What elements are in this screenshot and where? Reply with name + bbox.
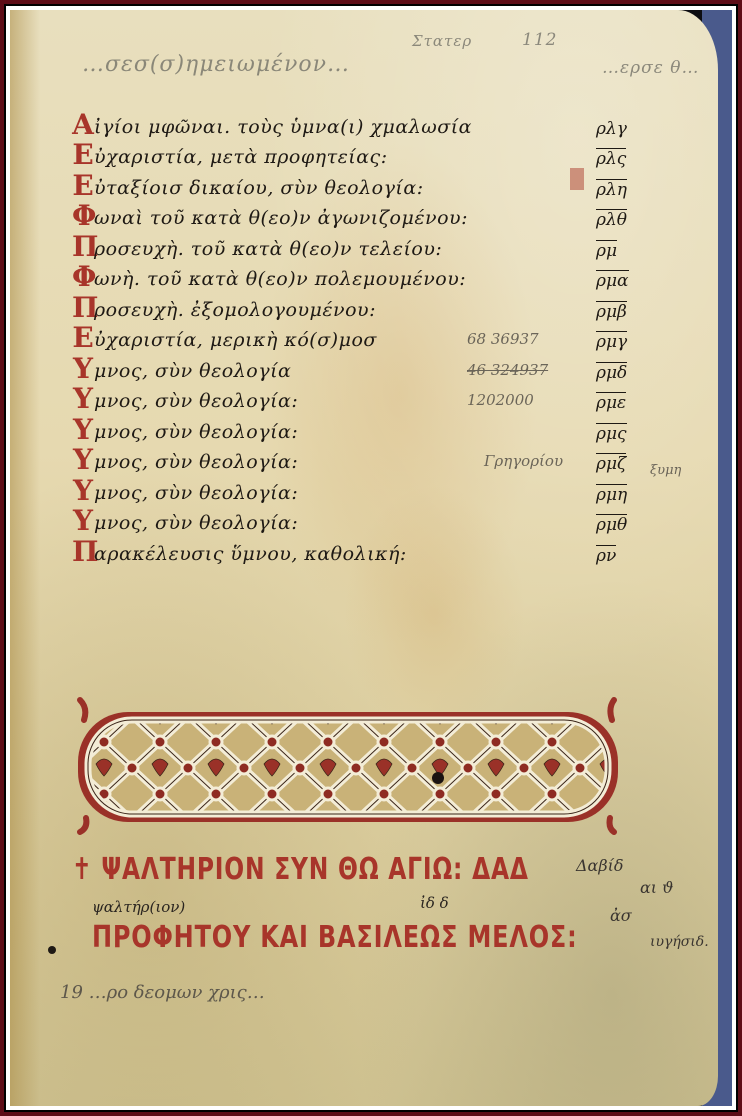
toc-text: αρακέλευσις ὕμνου, καθολική: <box>94 543 407 566</box>
red-initial: Υ <box>72 385 94 413</box>
photo-area: …σεσ(σ)ημειωμένον… Στατερ 112 …ερσε θ… Α… <box>10 10 732 1106</box>
table-of-contents: Αἰγίοι μφῶναι. τοὺς ὑμνα(ι) χμαλωσίαρλγ … <box>72 108 672 566</box>
toc-text: μνος, σὺν θεολογία: <box>94 390 298 413</box>
folio-number: ρλς <box>596 148 626 169</box>
manuscript-page: …σεσ(σ)ημειωμένον… Στατερ 112 …ερσε θ… Α… <box>10 10 718 1106</box>
red-initial: Ε <box>72 141 94 169</box>
right-margin-note: ἀσ <box>610 906 632 925</box>
red-initial: Υ <box>72 507 94 535</box>
top-note-right: …ερσε θ… <box>602 58 699 78</box>
red-initial: Φ <box>72 202 94 230</box>
rubric-title-line-1: ✝ ΨΑΛΤΗΡΙΟΝ ΣΥΝ ΘΩ ΑΓΙΩ: ΔΑΔ <box>72 852 529 887</box>
right-margin-note: ιυγήσιδ. <box>650 934 709 950</box>
toc-text: ροσευχὴ. ἐξομολογουμένου: <box>94 299 376 322</box>
folio-number: ρμγ <box>596 331 627 352</box>
red-initial: Υ <box>72 416 94 444</box>
folio-number: ρμα <box>596 270 629 291</box>
margin-annotation: 1202000 <box>467 391 534 409</box>
margin-annotation: 68 36937 <box>467 330 539 348</box>
red-initial: Υ <box>72 477 94 505</box>
toc-row: Υμνος, σὺν θεολογία:ρμη <box>72 474 672 505</box>
toc-text: μνος, σὺν θεολογία: <box>94 421 298 444</box>
page-edge-shading <box>10 10 40 1106</box>
outer-frame: …σεσ(σ)ημειωμένον… Στατερ 112 …ερσε θ… Α… <box>4 4 738 1112</box>
toc-row: Αἰγίοι μφῶναι. τοὺς ὑμνα(ι) χμαλωσίαρλγ <box>72 108 672 139</box>
toc-row: Εὐχαριστία, μετὰ προφητείας:ρλς <box>72 139 672 170</box>
red-initial: Ε <box>72 172 94 200</box>
red-initial: Υ <box>72 355 94 383</box>
red-initial: Ε <box>72 324 94 352</box>
red-initial: Φ <box>72 263 94 291</box>
right-margin-note: αι ϑ <box>640 878 674 897</box>
toc-text: μνος, σὺν θεολογία: <box>94 512 298 535</box>
toc-row: Εὐταξίοισ δικαίου, σὺν θεολογία:ρλη <box>72 169 672 200</box>
right-margin-note: Δαβίδ <box>576 856 624 875</box>
top-note-line: …σεσ(σ)ημειωμένον… <box>82 52 350 77</box>
top-note-fragment: Στατερ <box>412 32 472 50</box>
toc-row: Εὐχαριστία, μερικὴ κό(σ)μοσ68 36937ρμγ <box>72 322 672 353</box>
folio-number: ρμβ <box>596 301 627 322</box>
red-initial: Π <box>72 538 94 566</box>
toc-row: Υμνος, σὺν θεολογία:ρμς <box>72 413 672 444</box>
toc-text: ὐταξίοισ δικαίου, σὺν θεολογία: <box>94 177 424 200</box>
top-note-number: 112 <box>522 30 557 50</box>
toc-text: ὐχαριστία, μετὰ προφητείας: <box>94 146 388 169</box>
toc-text: μνος, σὺν θεολογία: <box>94 482 298 505</box>
folio-number: ρμη <box>596 484 627 505</box>
interlinear-gloss-left: ψαλτήρ(ιον) <box>92 898 185 916</box>
folio-number: ρμε <box>596 392 626 413</box>
toc-text: ωνὴ. τοῦ κατὰ θ(εο)ν πολεμουμένου: <box>94 268 466 291</box>
bottom-margin-note: 19 …ρο δεομων χρις… <box>60 982 265 1003</box>
toc-row: Παρακέλευσις ὕμνου, καθολική:ρν <box>72 535 672 566</box>
folio-number: ρμς <box>596 423 627 444</box>
top-margin-notes: …σεσ(σ)ημειωμένον… Στατερ 112 …ερσε θ… <box>82 38 702 93</box>
toc-row: Υμνος, σὺν θεολογία:ρμθ <box>72 505 672 536</box>
red-initial: Π <box>72 233 94 261</box>
rubric-title-line-2: ΠΡΟΦΗΤΟΥ ΚΑΙ ΒΑΣΙΛΕΩΣ ΜΕΛΟΣ: <box>92 920 578 955</box>
toc-row: Φωνὴ. τοῦ κατὰ θ(εο)ν πολεμουμένου:ρμα <box>72 261 672 292</box>
red-initial: Α <box>72 111 94 139</box>
folio-number: ρλθ <box>596 209 627 230</box>
folio-number: ρλγ <box>596 119 627 139</box>
folio-number: ρμ <box>596 240 617 261</box>
interlinear-gloss-mid: ἰδ δ <box>420 894 449 912</box>
margin-annotation: 46 324937 <box>467 361 548 379</box>
red-initial: Υ <box>72 446 94 474</box>
toc-row: Φωναὶ τοῦ κατὰ θ(εο)ν ἀγωνιζομένου:ρλθ <box>72 200 672 231</box>
toc-text: μνος, σὺν θεολογία <box>94 360 291 383</box>
interlace-headpiece-ornament <box>58 690 638 840</box>
folio-number: ρμζ <box>596 453 626 474</box>
toc-text: ροσευχὴ. τοῦ κατὰ θ(εο)ν τελείου: <box>94 238 442 261</box>
margin-annotation: Γρηγορίου <box>484 452 563 470</box>
toc-row: Προσευχὴ. ἐξομολογουμένου:ρμβ <box>72 291 672 322</box>
white-mat: …σεσ(σ)ημειωμένον… Στατερ 112 …ερσε θ… Α… <box>6 6 736 1110</box>
ink-dot <box>48 946 56 954</box>
toc-text: ωναὶ τοῦ κατὰ θ(εο)ν ἀγωνιζομένου: <box>94 207 468 230</box>
folio-number: ρν <box>596 545 616 566</box>
toc-text: μνος, σὺν θεολογία: <box>94 451 298 474</box>
toc-row: Προσευχὴ. τοῦ κατὰ θ(εο)ν τελείου:ρμ <box>72 230 672 261</box>
folio-number: ρμδ <box>596 362 627 383</box>
toc-text: ὐχαριστία, μερικὴ κό(σ)μοσ <box>94 329 377 352</box>
toc-row: Υμνος, σὺν θεολογία:1202000ρμε <box>72 383 672 414</box>
toc-row: Υμνος, σὺν θεολογία46 324937ρμδ <box>72 352 672 383</box>
red-initial: Π <box>72 294 94 322</box>
folio-number: ρμθ <box>596 514 627 535</box>
folio-number: ρλη <box>596 179 627 200</box>
toc-text: ἰγίοι μφῶναι. τοὺς ὑμνα(ι) χμαλωσία <box>94 116 472 139</box>
toc-row: Υμνος, σὺν θεολογία:Γρηγορίουρμζξυμη <box>72 444 672 475</box>
